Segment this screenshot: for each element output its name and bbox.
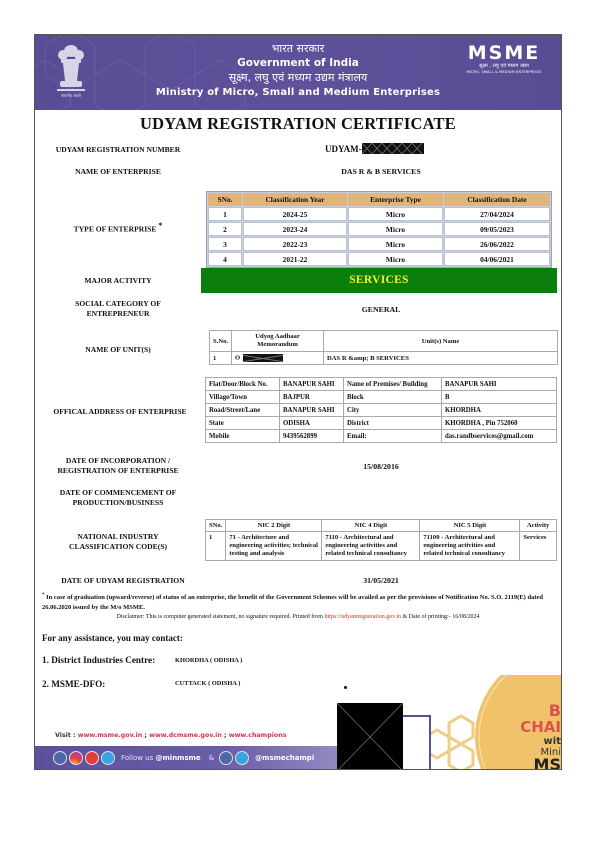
certificate-page: सत्यमेव जयते भारत सरकार Government of In…: [34, 34, 562, 770]
table-row: Road/Street/Lane BANAPUR SAHI City KHORD…: [206, 404, 557, 417]
incorporation-date-value: 15/08/2016: [205, 462, 557, 471]
svg-text:wit: wit: [544, 736, 562, 747]
udyam-registration-date-label: DATE OF UDYAM REGISTRATION: [43, 576, 203, 586]
dic-value: KHORDHA ( ODISHA ): [175, 657, 242, 664]
dic-label: 1. District Industries Centre:: [42, 655, 155, 665]
svg-text:MS: MS: [534, 755, 561, 770]
enterprise-name-value: DAS R & B SERVICES: [205, 167, 557, 176]
visit-links: Visit : www.msme.gov.in ; www.dcmsme.gov…: [55, 732, 286, 739]
champions-promo-graphic: B CHAI wit Mini MS: [415, 675, 562, 770]
table-row: Flat/Door/Block No. BANAPUR SAHI Name of…: [206, 378, 557, 391]
graduation-footnote: * In case of graduation (upward/reverse)…: [42, 591, 553, 613]
table-row: 2 2023-24 Micro 09/05/2023: [208, 222, 550, 236]
redacted-udyog-aadhaar: [243, 354, 283, 362]
registration-number-prefix: UDYAM-: [325, 144, 362, 154]
msme-logo-mark: MSME: [463, 43, 545, 63]
header-banner: सत्यमेव जयते भारत सरकार Government of In…: [35, 35, 561, 110]
follow-us-text: Follow us @minmsme: [121, 754, 201, 762]
champions-link[interactable]: www.champions: [229, 732, 287, 739]
facebook-icon[interactable]: [53, 751, 67, 765]
twitter-icon[interactable]: [101, 751, 115, 765]
redacted-qr-code: [337, 703, 403, 770]
social-links: Follow us @minmsme & @msmechampi: [53, 750, 314, 766]
incorporation-date-label: DATE OF INCORPORATION / REGISTRATION OF …: [43, 456, 193, 476]
svg-text:CHAI: CHAI: [520, 718, 561, 736]
enterprise-name-label: NAME OF ENTERPRISE: [43, 167, 193, 177]
address-label: OFFICAL ADDRESS OF ENTERPRISE: [39, 407, 201, 417]
msme-logo: MSME सूक्ष्म , लघु एवं मध्यम उद्यम MICRO…: [463, 43, 545, 75]
header-english-ministry: Ministry of Micro, Small and Medium Ente…: [35, 85, 561, 100]
assistance-heading: For any assistance, you may contact:: [42, 633, 183, 643]
registration-number-label: UDYAM REGISTRATION NUMBER: [43, 145, 193, 155]
email-value: das.randbservices@gmail.com: [442, 430, 557, 443]
classification-table-header: SNo. Classification Year Enterprise Type…: [208, 193, 550, 206]
dot-mark: [344, 686, 347, 689]
table-row: 3 2022-23 Micro 26/06/2022: [208, 237, 550, 251]
registration-number-value: UDYAM-: [325, 143, 424, 154]
qr-frame-decoration: [403, 715, 431, 770]
unit-table: S.No. Udyog Aadhaar Memorandum Unit(s) N…: [209, 330, 558, 365]
msme-dfo-label: 2. MSME-DFO:: [42, 679, 105, 689]
social-category-label: SOCIAL CATEGORY OF ENTREPRENEUR: [43, 299, 193, 319]
table-row: 1 2024-25 Micro 27/04/2024: [208, 207, 550, 221]
instagram-icon[interactable]: [69, 751, 83, 765]
major-activity-label: MAJOR ACTIVITY: [43, 276, 193, 286]
unit-name-label: NAME OF UNIT(S): [43, 345, 193, 355]
redacted-registration-number: [362, 143, 424, 154]
msme-logo-hindi: सूक्ष्म , लघु एवं मध्यम उद्यम: [463, 63, 545, 70]
msme-dfo-value: CUTTACK ( ODISHA ): [175, 680, 240, 687]
facebook-icon[interactable]: [219, 751, 233, 765]
certificate-title: UDYAM REGISTRATION CERTIFICATE: [35, 114, 561, 134]
table-row: 4 2021-22 Micro 04/06/2021: [208, 252, 550, 266]
table-row: 1 71 - Architecture and engineering acti…: [206, 532, 557, 561]
udyam-registration-date-value: 31/05/2021: [205, 576, 557, 585]
youtube-icon[interactable]: [85, 751, 99, 765]
classification-table: SNo. Classification Year Enterprise Type…: [206, 191, 552, 268]
minmsme-handle[interactable]: @minmsme: [156, 754, 201, 762]
enterprise-type-label: TYPE OF ENTERPRISE *: [43, 221, 193, 235]
disclaimer: Disclaimer: This is computer generated s…: [35, 614, 561, 620]
table-row: Village/Town BAJPUR Block B: [206, 391, 557, 404]
msme-gov-link[interactable]: www.msme.gov.in: [78, 732, 142, 739]
nic-table: SNo. NIC 2 Digit NIC 4 Digit NIC 5 Digit…: [205, 519, 557, 561]
address-table: Flat/Door/Block No. BANAPUR SAHI Name of…: [205, 377, 557, 443]
msmechampions-handle[interactable]: @msmechampi: [255, 754, 314, 762]
msme-logo-english: MICRO, SMALL & MEDIUM ENTERPRISES: [463, 70, 545, 75]
table-row: State ODISHA District KHORDHA , Pin 7520…: [206, 417, 557, 430]
social-category-value: GENERAL: [205, 305, 557, 314]
dcmsme-gov-link[interactable]: www.dcmsme.gov.in: [149, 732, 222, 739]
nic-code-label: NATIONAL INDUSTRY CLASSIFICATION CODE(S): [43, 532, 193, 552]
twitter-icon[interactable]: [235, 751, 249, 765]
table-row: Mobile 9439562899 Email: das.randbservic…: [206, 430, 557, 443]
table-row: 1 O DAS R &amp; B SERVICES: [210, 352, 558, 365]
udyam-registration-link[interactable]: https://udyamregistration.gov.in: [324, 614, 401, 620]
major-activity-value: SERVICES: [201, 268, 557, 293]
commencement-date-label: DATE OF COMMENCEMENT OF PRODUCTION/BUSIN…: [43, 488, 193, 508]
